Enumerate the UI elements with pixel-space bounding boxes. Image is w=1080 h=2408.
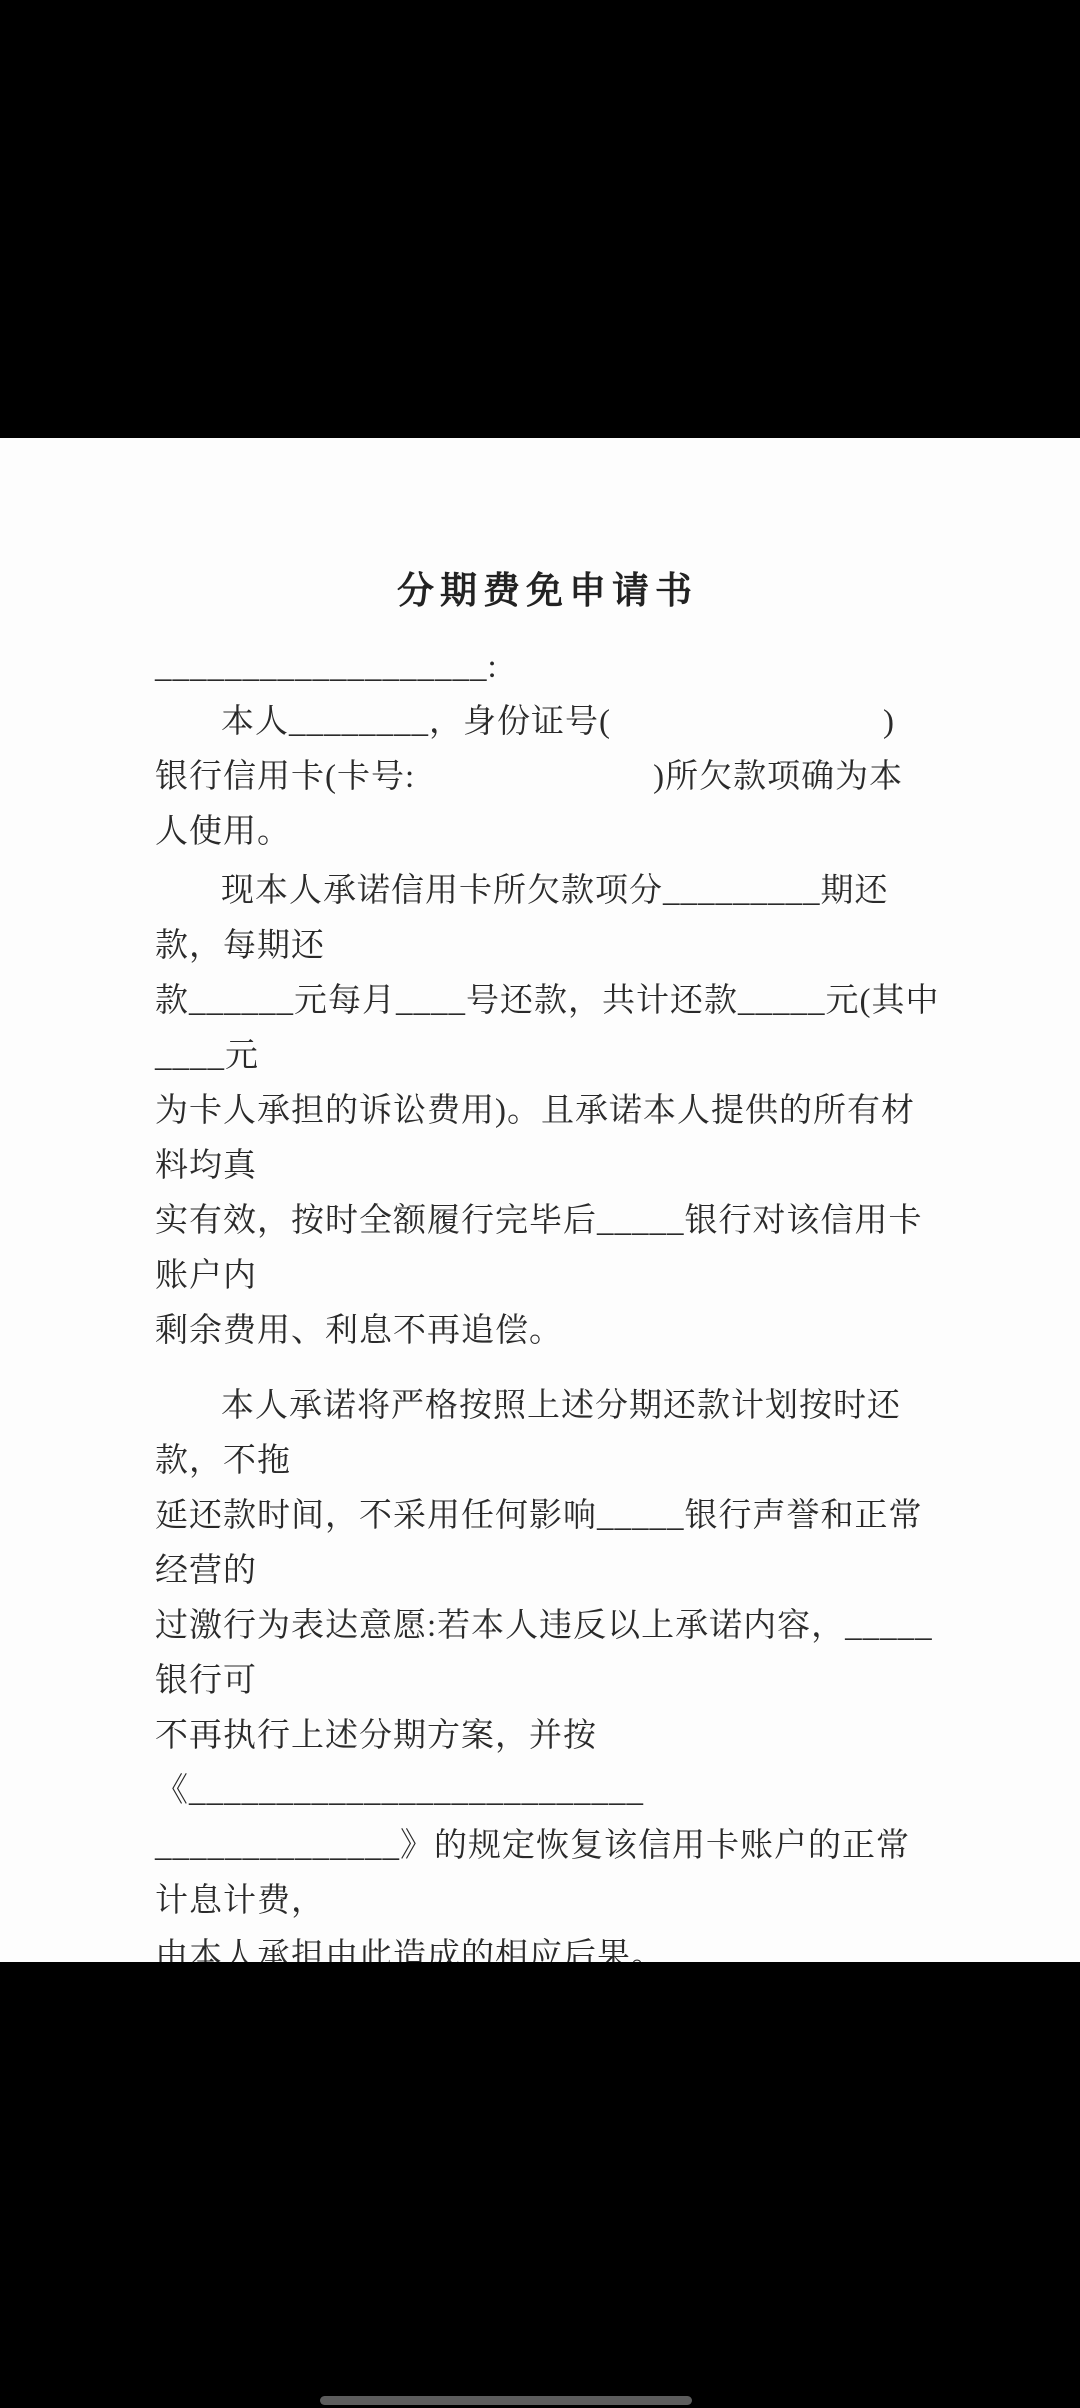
repayment-plan-line-1: 现本人承诺信用卡所欠款项分_________期还款，每期还 (155, 864, 940, 974)
repayment-plan-line-4: 实有效，按时全额履行完毕后_____银行对该信用卡账户内 (155, 1194, 940, 1304)
commitment-line-1: 本人承诺将严格按照上述分期还款计划按时还款，不拖 (155, 1379, 940, 1489)
salutation-blank-line: ___________________: (155, 640, 940, 695)
commitment-line-4: 不再执行上述分期方案，并按《__________________________ (155, 1709, 940, 1819)
letterbox-top (0, 0, 1080, 438)
phone-screen: 分期费免申请书 ___________________: 本人________，… (0, 0, 1080, 2408)
repayment-plan-line-5: 剩余费用、利息不再追偿。 (155, 1304, 940, 1359)
applicant-identity-line: 本人________，身份证号( ) (155, 695, 940, 750)
document-title: 分期费免申请书 (155, 566, 940, 618)
card-number-line: 银行信用卡(卡号: )所欠款项确为本 (155, 750, 940, 805)
commitment-line-2: 延还款时间，不采用任何影响_____银行声誉和正常经营的 (155, 1489, 940, 1599)
document-page: 分期费免申请书 ___________________: 本人________，… (0, 438, 1080, 1962)
repayment-plan-line-2: 款______元每月____号还款，共计还款_____元(其中____元 (155, 974, 940, 1084)
commitment-line-3: 过激行为表达意愿:若本人违反以上承诺内容，_____银行可 (155, 1599, 940, 1709)
home-indicator-bar[interactable] (320, 2396, 692, 2405)
repayment-plan-line-3: 为卡人承担的诉讼费用)。且承诺本人提供的所有材料均真 (155, 1084, 940, 1194)
commitment-line-5: ______________》的规定恢复该信用卡账户的正常计息计费， (155, 1819, 940, 1929)
usage-statement-line: 人使用。 (155, 805, 940, 860)
letterbox-bottom (0, 1962, 1080, 2408)
